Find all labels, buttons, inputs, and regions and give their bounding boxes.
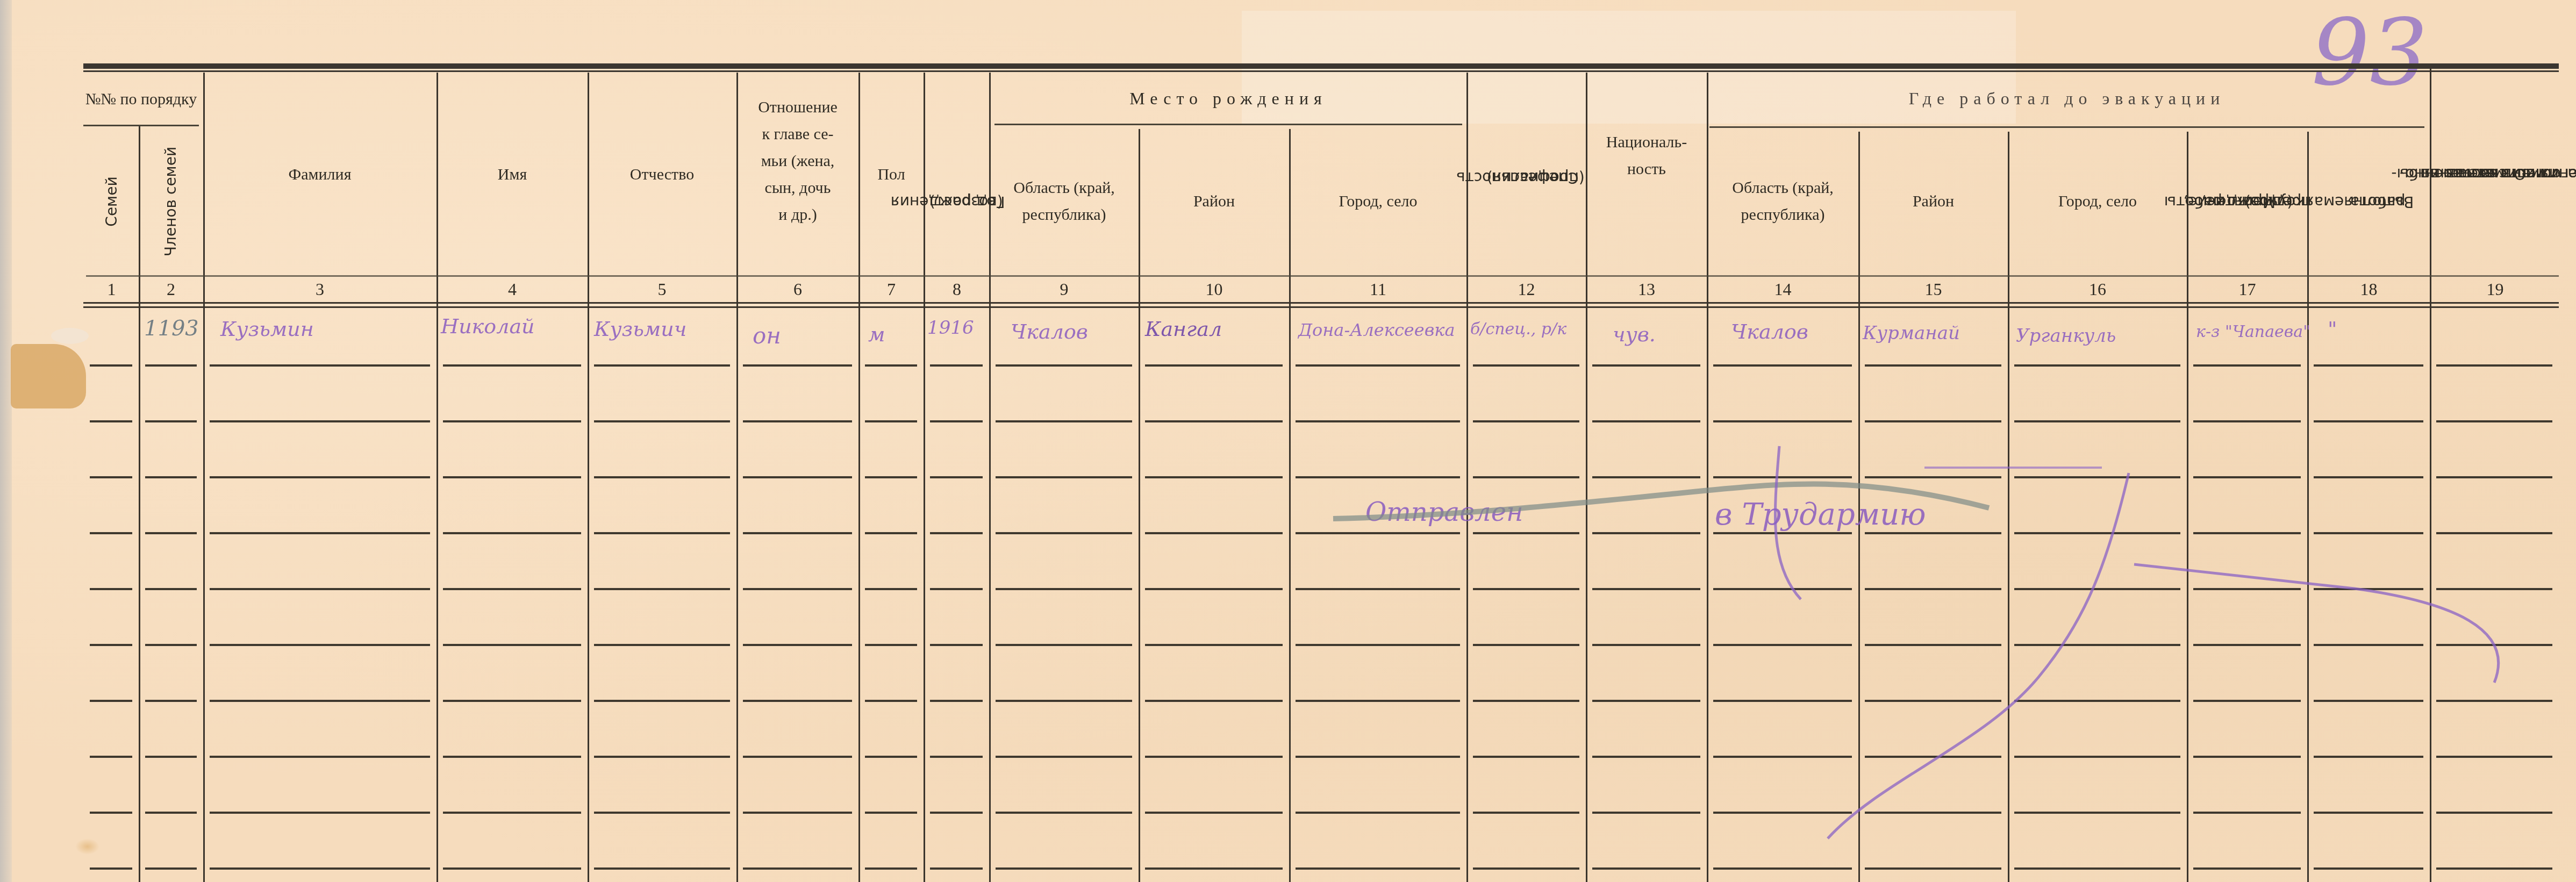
order-numbers-header: №№ по порядку (83, 75, 199, 124)
cell-first-name: Николай (441, 314, 535, 338)
cell-work-region: Чкалов (1731, 320, 1808, 343)
col-number: 6 (738, 279, 857, 301)
order-numbers-label: №№ по порядку (85, 89, 197, 110)
group-underline (994, 124, 1462, 125)
col-number: 11 (1291, 279, 1465, 301)
col-number: 17 (2188, 279, 2306, 301)
col9-line: республика) (1022, 202, 1106, 228)
paper-tear (11, 344, 86, 408)
col12-header: Специальность(профессия) (1468, 81, 1585, 274)
col6-header: Отношение к главе се- мьи (жена, сын, до… (738, 81, 857, 242)
col6-line: и др.) (778, 202, 817, 228)
col-number: 12 (1468, 279, 1585, 301)
col1-header: Семей (86, 129, 137, 274)
col-number: 8 (926, 279, 988, 301)
col5-header: Отчество (589, 75, 735, 274)
col3-label: Фамилия (289, 163, 352, 187)
col-number: 10 (1140, 279, 1288, 301)
cell-profession: б/спец., р/к (1470, 320, 1566, 339)
col-number: 1 (86, 279, 137, 301)
col6-line: мьи (жена, (761, 148, 835, 175)
col3-header: Фамилия (204, 75, 435, 274)
numbers-bottom-rule-2 (83, 306, 2559, 308)
col15-label: Район (1913, 190, 1954, 213)
group-underline (1709, 126, 2424, 128)
cell-sex: м (868, 322, 885, 346)
col4-label: Имя (498, 163, 527, 187)
col13-line: Националь- (1606, 129, 1687, 156)
col11-header: Город, село (1291, 129, 1465, 274)
col12-line: (профессия) (1475, 168, 1597, 187)
cell-nationality: чув. (1613, 322, 1656, 346)
col-number: 15 (1860, 279, 2007, 301)
col16-label: Город, село (2058, 190, 2137, 213)
cell-birth-region: Чкалов (1011, 320, 1088, 343)
col15-header: Район (1860, 129, 2007, 274)
cell-patronymic: Кузьмич (594, 317, 686, 341)
scan-edge (0, 0, 12, 882)
cell-workplace: к-з "Чапаева" (2196, 322, 2310, 341)
col-divider (139, 126, 140, 882)
col11-label: Город, село (1339, 190, 1417, 213)
col16-header: Город, село (2009, 129, 2186, 274)
col4-header: Имя (438, 75, 586, 274)
cell-surname: Кузьмин (220, 317, 314, 341)
col18-header: Выполняемаяработа (2309, 129, 2429, 274)
col2-header: Членов семей (141, 129, 201, 274)
col-number: 14 (1708, 279, 1857, 301)
cell-work-district: Курманай (1863, 322, 1960, 344)
cell-member-number: 1193 (144, 316, 199, 341)
cell-work-town: Урганкуль (2016, 325, 2116, 347)
numbers-bottom-rule (83, 302, 2559, 304)
birthplace-group-header: Место рождения (994, 89, 1462, 109)
col13-line: ность (1627, 156, 1666, 183)
header-bottom-rule (86, 275, 2559, 277)
col14-header: Область (край, республика) (1708, 129, 1857, 274)
col2-label: Членов семей (162, 147, 180, 256)
paper-tear-light (51, 328, 89, 344)
col7-label: Пол (877, 163, 905, 187)
group-underline (83, 125, 199, 126)
col-number: 19 (2431, 279, 2559, 301)
cell-relation: он (753, 322, 781, 349)
col14-line: Область (край, (1732, 175, 1834, 202)
col10-header: Район (1140, 129, 1288, 274)
col6-line: Отношение (758, 94, 838, 121)
worked-before-evacuation-header: Где работал до эвакуации (1709, 89, 2424, 109)
col19-line: ления списка. (2455, 164, 2576, 183)
col9-header: Область (край, республика) (991, 129, 1137, 274)
col17-header: Место работы(учреждение,предприятие,колх… (2188, 129, 2306, 274)
col-number: 2 (141, 279, 201, 301)
col8-header: Год рождения(возраст) (926, 129, 988, 274)
header-top-rule-thin (83, 70, 2559, 72)
cell-birth-year: 1916 (927, 317, 974, 339)
col-number: 5 (589, 279, 735, 301)
col6-line: сын, дочь (765, 175, 831, 202)
col-number: 16 (2009, 279, 2186, 301)
col9-line: Область (край, (1013, 175, 1115, 202)
col-number: 7 (860, 279, 922, 301)
col-number: 9 (991, 279, 1137, 301)
col18-line: работа (2323, 192, 2432, 211)
header-top-rule (83, 63, 2559, 69)
col1-label: Семей (102, 176, 120, 226)
cell-birth-district: Кангал (1145, 317, 1222, 341)
cell-birth-town: Дона-Алексеевка (1298, 320, 1455, 340)
crossed-out-note: Отправлен (1365, 497, 1523, 527)
col14-line: республика) (1741, 202, 1824, 228)
col-number: 13 (1587, 279, 1706, 301)
col13-header: Националь- ность (1587, 107, 1706, 204)
annotation-note: в Трудармию (1715, 497, 1926, 532)
paper-stain (75, 838, 99, 855)
cell-job: " (2328, 317, 2337, 341)
col-number: 4 (438, 279, 586, 301)
col-number: 3 (204, 279, 435, 301)
col10-label: Район (1193, 190, 1235, 213)
col5-label: Отчество (630, 163, 694, 187)
col7-header: Пол (860, 75, 922, 274)
col19-header: Отметка о выбы-тии из назначенно-го мест… (2431, 73, 2559, 274)
col-number: 18 (2309, 279, 2429, 301)
col6-line: к главе се- (762, 121, 834, 148)
